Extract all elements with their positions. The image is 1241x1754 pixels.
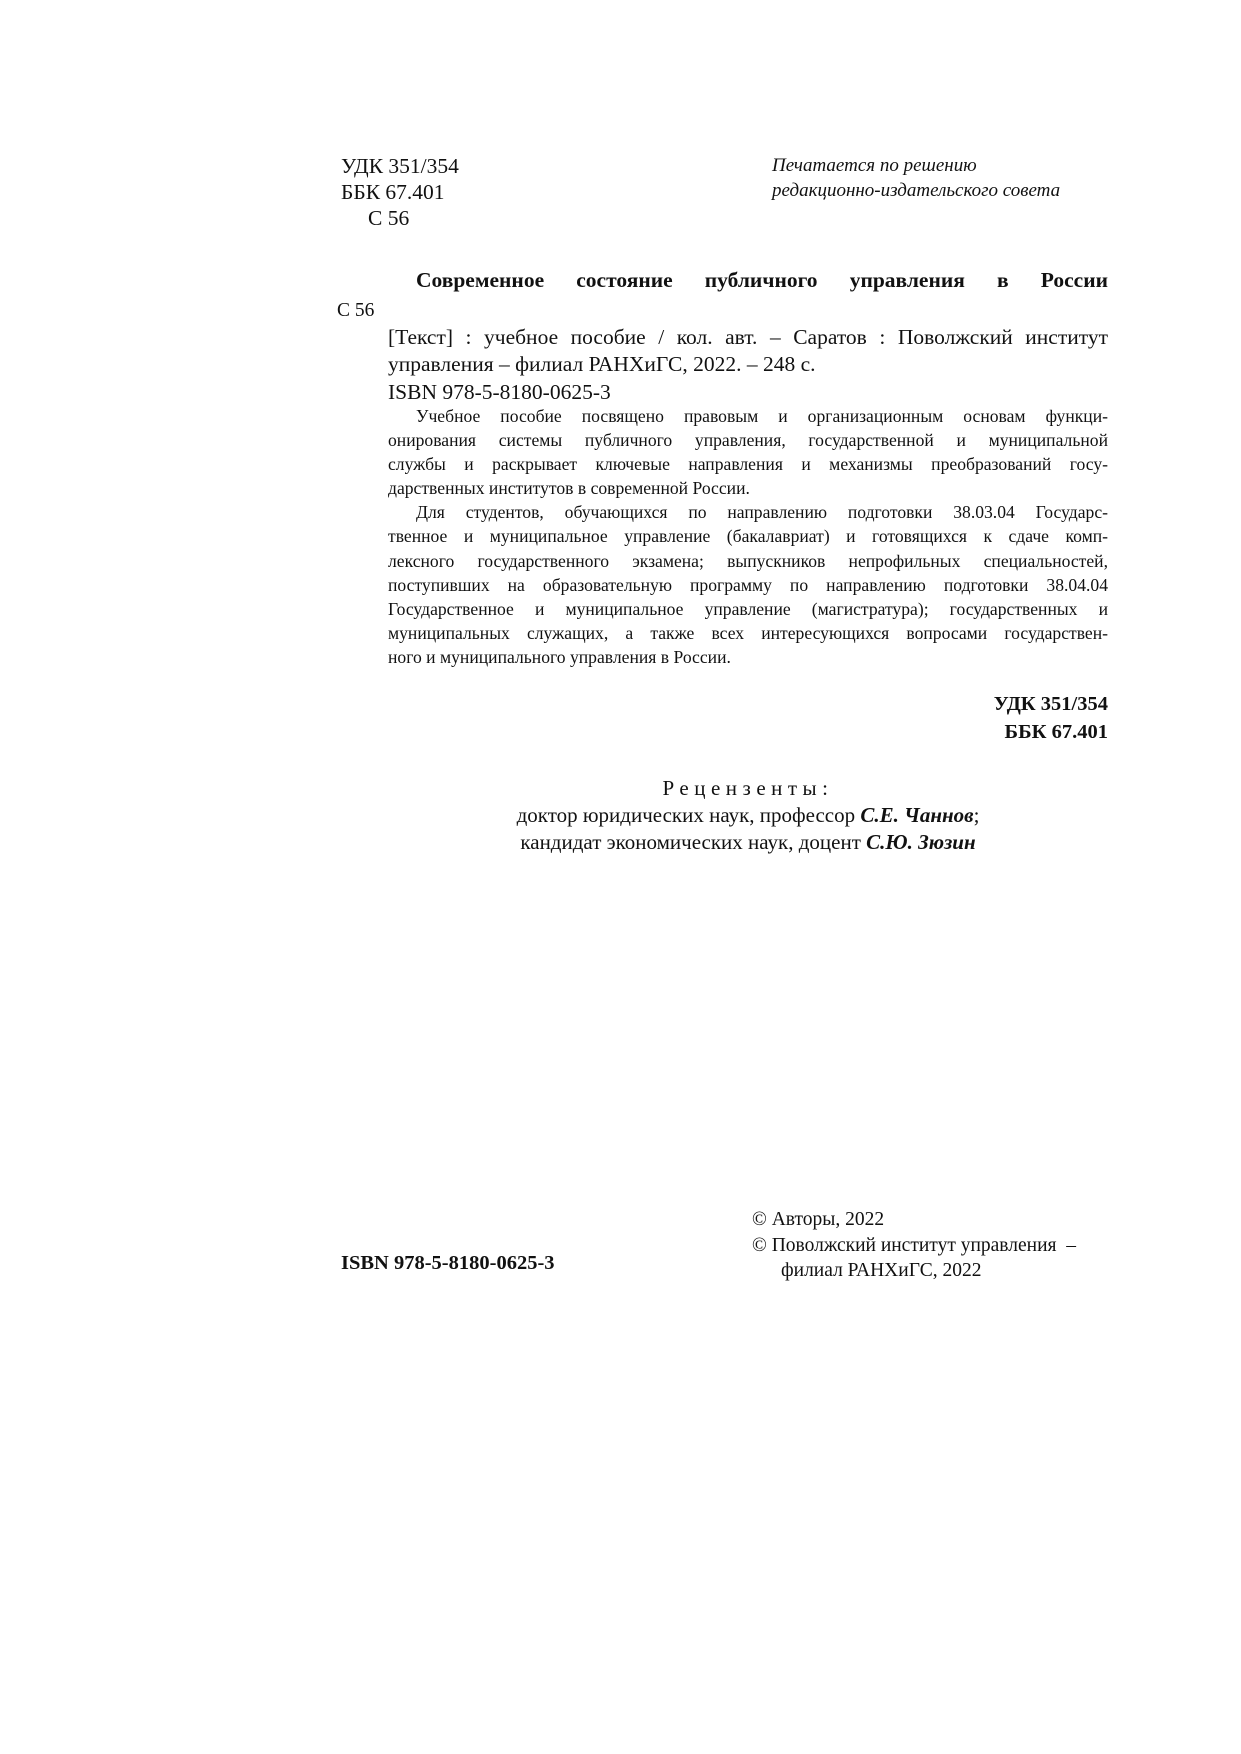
- bbk-code: ББК 67.401: [341, 179, 459, 205]
- reviewer-name: С.Е. Чаннов: [860, 803, 973, 827]
- reviewer-name: С.Ю. Зюзин: [866, 830, 975, 854]
- bbk-code-bold: ББК 67.401: [994, 718, 1108, 746]
- annotation-line: службы и раскрывает ключевые направления…: [388, 452, 1108, 476]
- author-mark: С 56: [341, 205, 459, 231]
- udk-code: УДК 351/354: [341, 153, 459, 179]
- annotation-line: поступивших на образовательную программу…: [388, 573, 1108, 597]
- copyright-institute: © Поволжский институт управления –: [752, 1233, 1076, 1259]
- book-title: Современное состояние публичного управле…: [416, 267, 1108, 293]
- annotation-line: лексного государственного экзамена; выпу…: [388, 549, 1108, 573]
- annotation: Учебное пособие посвящено правовым и орг…: [388, 404, 1108, 669]
- annotation-line: Государственное и муниципальное управлен…: [388, 597, 1108, 621]
- annotation-line: твенное и муниципальное управление (бака…: [388, 524, 1108, 548]
- reviewer-item: доктор юридических наук, профессор С.Е. …: [388, 802, 1108, 829]
- isbn-line: ISBN 978-5-8180-0625-3: [388, 379, 1108, 407]
- publish-note-line: редакционно-издательского совета: [772, 178, 1108, 203]
- reviewers-heading: Рецензенты:: [388, 775, 1108, 802]
- isbn: ISBN 978-5-8180-0625-3: [341, 1252, 555, 1275]
- copyright-institute-cont: филиал РАНХиГС, 2022: [752, 1258, 1076, 1284]
- reviewer-suffix: ;: [974, 803, 980, 827]
- bibliographic-line: управления – филиал РАНХиГС, 2022. – 248…: [388, 351, 1108, 379]
- bibliographic-code: С 56: [337, 298, 374, 324]
- publish-note-line: Печатается по решению: [772, 153, 1108, 178]
- reviewer-item: кандидат экономических наук, доцент С.Ю.…: [388, 829, 1108, 856]
- reviewers: Рецензенты: доктор юридических наук, про…: [388, 775, 1108, 856]
- bibliographic-line: [Текст] : учебное пособие / кол. авт. – …: [388, 324, 1108, 352]
- copyright-block: © Авторы, 2022 © Поволжский институт упр…: [752, 1207, 1076, 1284]
- publish-note: Печатается по решению редакционно-издате…: [772, 153, 1108, 203]
- reviewer-title: доктор юридических наук, профессор: [517, 803, 861, 827]
- annotation-line: Учебное пособие посвящено правовым и орг…: [388, 404, 1108, 428]
- annotation-line: дарственных институтов в современной Рос…: [388, 476, 1108, 500]
- reviewer-title: кандидат экономических наук, доцент: [520, 830, 866, 854]
- udk-code-bold: УДК 351/354: [994, 690, 1108, 718]
- right-classification: УДК 351/354 ББК 67.401: [994, 690, 1108, 746]
- bibliographic-record: . [Текст] : учебное пособие / кол. авт. …: [388, 296, 1108, 406]
- annotation-line: муниципальных служащих, а также всех инт…: [388, 621, 1108, 645]
- annotation-line: онирования системы публичного управления…: [388, 428, 1108, 452]
- annotation-line: Для студентов, обучающихся по направлени…: [388, 500, 1108, 524]
- copyright-authors: © Авторы, 2022: [752, 1207, 1076, 1233]
- annotation-line: ного и муниципального управления в Росси…: [388, 645, 1108, 669]
- classification-block: УДК 351/354 ББК 67.401 С 56: [341, 153, 459, 231]
